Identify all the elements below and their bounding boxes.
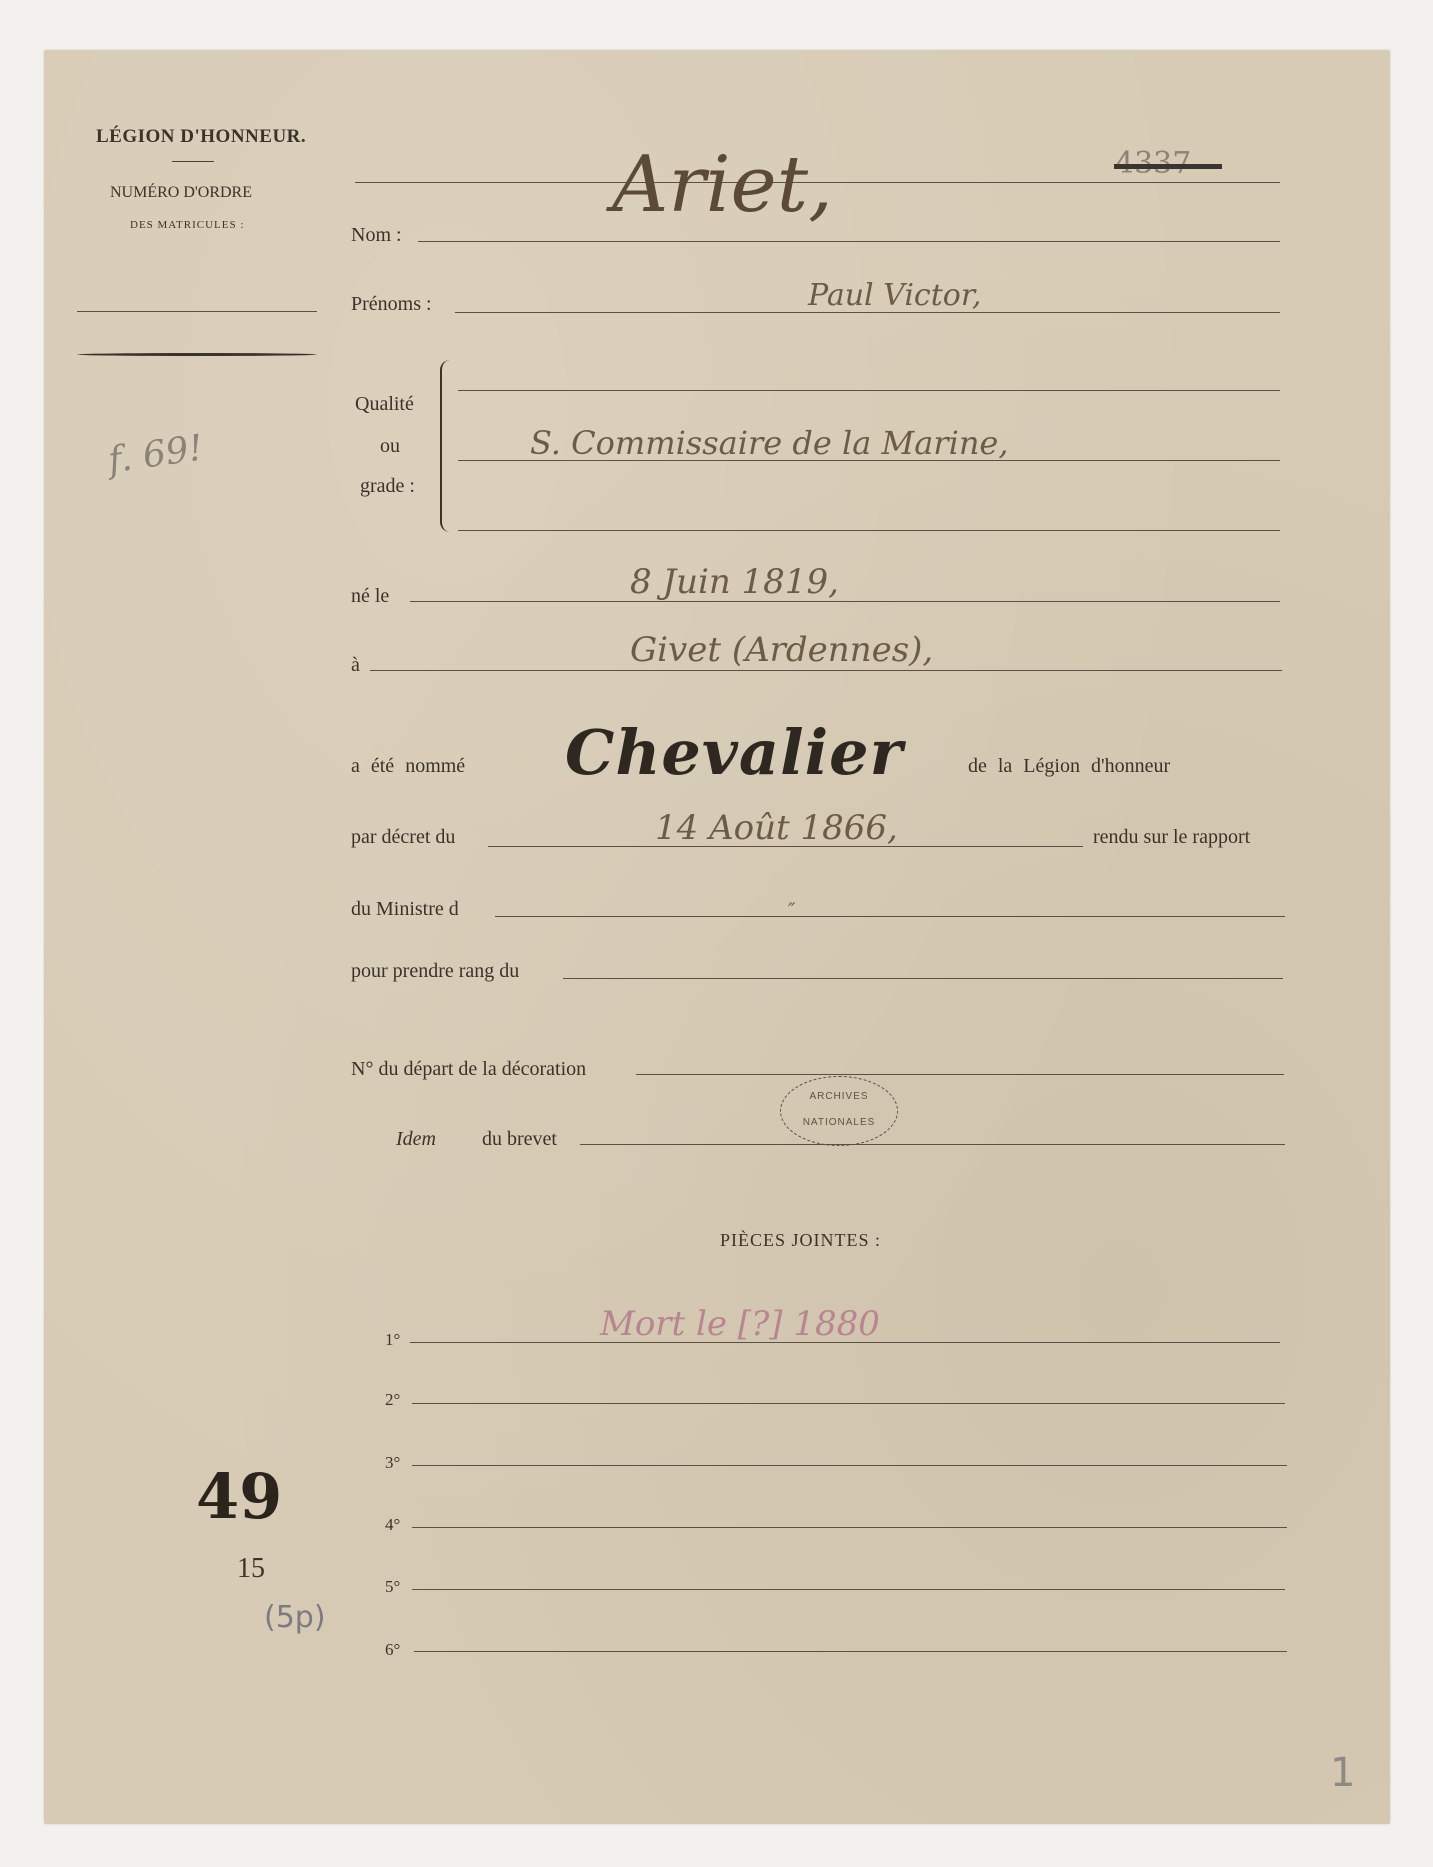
page-marker: 1 [1330, 1750, 1355, 1796]
idem-label: Idem [396, 1128, 436, 1151]
archives-nationales-stamp: ARCHIVES NATIONALES [780, 1076, 898, 1146]
piece-4-label: 4° [385, 1515, 400, 1535]
piece-6-line [414, 1651, 1287, 1652]
qualite-value: S. Commissaire de la Marine, [530, 424, 1009, 462]
matricule-line [77, 311, 317, 312]
ministre-line [495, 916, 1285, 917]
piece-4-line [412, 1527, 1287, 1528]
sub-number: 15 [237, 1553, 265, 1585]
ne-le-label: né le [351, 585, 389, 608]
stamp-line-1: ARCHIVES [781, 1091, 897, 1102]
header-matricules: DES MATRICULES : [130, 219, 244, 231]
stamp-line-2: NATIONALES [781, 1117, 897, 1128]
brevet-label: du brevet [482, 1128, 557, 1151]
pieces-jointes-title: PIÈCES JOINTES : [720, 1230, 881, 1251]
header-rule [172, 161, 214, 162]
ne-le-value: 8 Juin 1819, [630, 562, 839, 602]
piece-2-label: 2° [385, 1390, 400, 1410]
rang-label: pour prendre rang du [351, 960, 519, 983]
piece-1-value: Mort le [?] 1880 [600, 1304, 880, 1344]
piece-3-label: 3° [385, 1453, 400, 1473]
header-title: LÉGION D'HONNEUR. [96, 126, 306, 148]
box-number: 49 [196, 1460, 282, 1533]
brevet-line [580, 1144, 1285, 1145]
strike-through [1114, 164, 1222, 169]
qualite-label: Qualité [355, 393, 414, 416]
ou-label: ou [380, 435, 400, 458]
piece-1-label: 1° [385, 1330, 400, 1350]
prenoms-value: Paul Victor, [808, 278, 981, 313]
prenoms-label: Prénoms : [351, 293, 432, 316]
decret-label: par décret du [351, 826, 455, 849]
legion-label: de la Légion d'honneur [968, 755, 1170, 778]
bracket [440, 360, 452, 532]
depart-line [636, 1074, 1284, 1075]
ministre-ditto: ″ [788, 898, 795, 922]
header-numero-ordre: NUMÉRO D'ORDRE [110, 184, 252, 202]
piece-2-line [412, 1403, 1285, 1404]
piece-5-line [412, 1589, 1285, 1590]
lieu-value: Givet (Ardennes), [630, 630, 933, 670]
depart-label: N° du départ de la décoration [351, 1058, 586, 1081]
piece-5-label: 5° [385, 1577, 400, 1597]
ne-le-line [410, 601, 1280, 602]
piece-3-line [412, 1465, 1287, 1466]
qualite-line-3 [458, 530, 1280, 531]
lieu-label: à [351, 654, 360, 677]
piece-6-label: 6° [385, 1640, 400, 1660]
nomme-label: a été nommé [351, 755, 465, 778]
nom-value: Ariet, [612, 140, 833, 230]
nom-label: Nom : [351, 224, 402, 247]
nom-line [418, 241, 1280, 242]
qualite-line-1 [458, 390, 1280, 391]
lieu-line [370, 670, 1282, 671]
ornamental-rule [77, 353, 317, 356]
rapport-label: rendu sur le rapport [1093, 826, 1250, 849]
page-count: (5p) [264, 1600, 326, 1635]
rank-chevalier: Chevalier [565, 716, 903, 789]
rang-line [563, 978, 1283, 979]
decret-value: 14 Août 1866, [655, 808, 898, 848]
ministre-label: du Ministre d [351, 898, 459, 921]
grade-label: grade : [360, 475, 415, 498]
